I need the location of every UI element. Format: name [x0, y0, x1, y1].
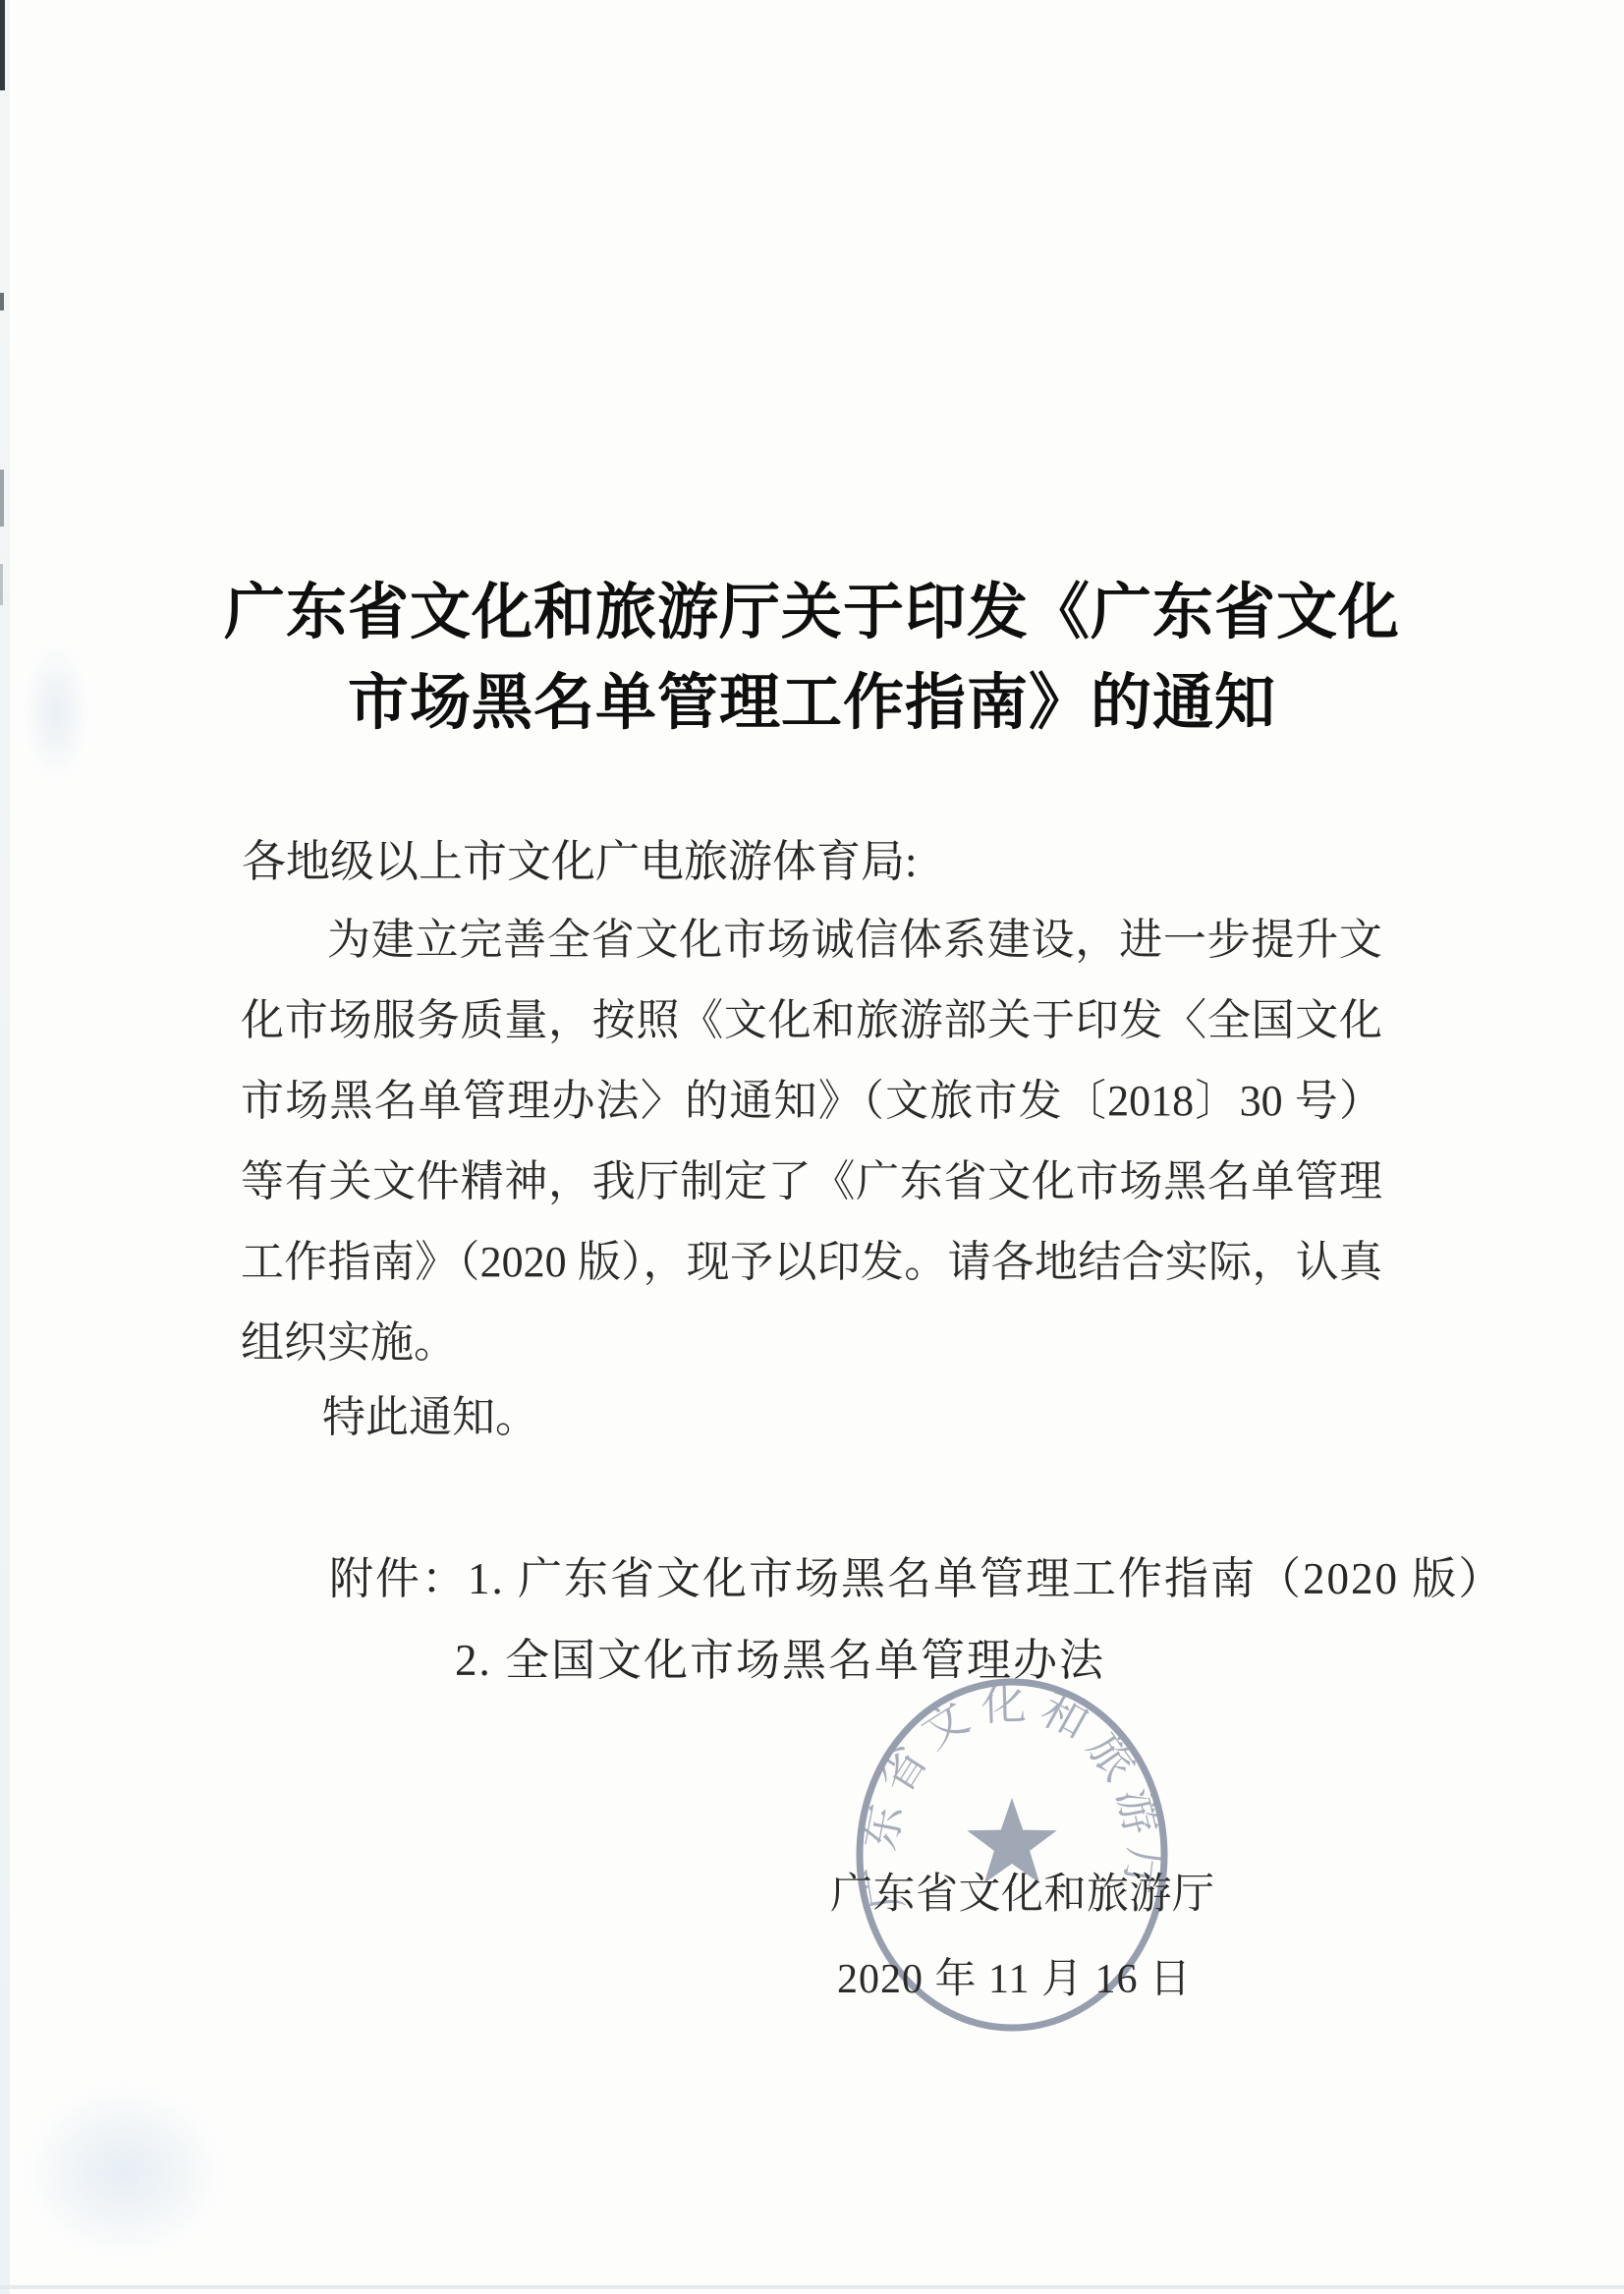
document-title-line-1: 广东省文化和旅游厅关于印发《广东省文化	[0, 568, 1624, 658]
scan-edge-dash	[0, 293, 4, 310]
scan-edge-band	[0, 0, 10, 2294]
body-line: 等有关文件精神，我厅制定了《广东省文化市场黑名单管理	[241, 1142, 1382, 1222]
scan-corner-mark	[0, 0, 5, 90]
scan-smudge	[26, 2088, 222, 2255]
scan-edge-dash	[0, 470, 4, 527]
scanned-notice-page: 广东省文化和旅游厅关于印发《广东省文化 市场黑名单管理工作指南》的通知 各地级以…	[0, 0, 1624, 2294]
body-line: 化市场服务质量，按照《文化和旅游部关于印发〈全国文化	[241, 980, 1382, 1061]
scan-bottom-edge	[0, 2285, 1624, 2289]
body-line: 组织实施。	[241, 1303, 1382, 1383]
document-title: 广东省文化和旅游厅关于印发《广东省文化 市场黑名单管理工作指南》的通知	[0, 568, 1624, 749]
closing-line: 特此通知。	[322, 1377, 538, 1458]
body-line: 为建立完善全省文化市场诚信体系建设，进一步提升文	[241, 900, 1382, 980]
attachment-line-1: 附件：1. 广东省文化市场黑名单管理工作指南（2020 版）	[329, 1539, 1504, 1619]
body-line: 工作指南》（2020 版），现予以印发。请各地结合实际，认真	[241, 1222, 1382, 1303]
issuer-signature: 广东省文化和旅游厅	[830, 1866, 1215, 1925]
salutation: 各地级以上市文化广电旅游体育局:	[242, 821, 918, 902]
issue-date: 2020 年 11 月 16 日	[837, 1950, 1192, 2009]
body-line: 市场黑名单管理办法〉的通知》（文旅市发〔2018〕30 号）	[241, 1061, 1382, 1142]
body-paragraph: 为建立完善全省文化市场诚信体系建设，进一步提升文 化市场服务质量，按照《文化和旅…	[241, 900, 1382, 1383]
document-title-line-2: 市场黑名单管理工作指南》的通知	[0, 658, 1624, 749]
